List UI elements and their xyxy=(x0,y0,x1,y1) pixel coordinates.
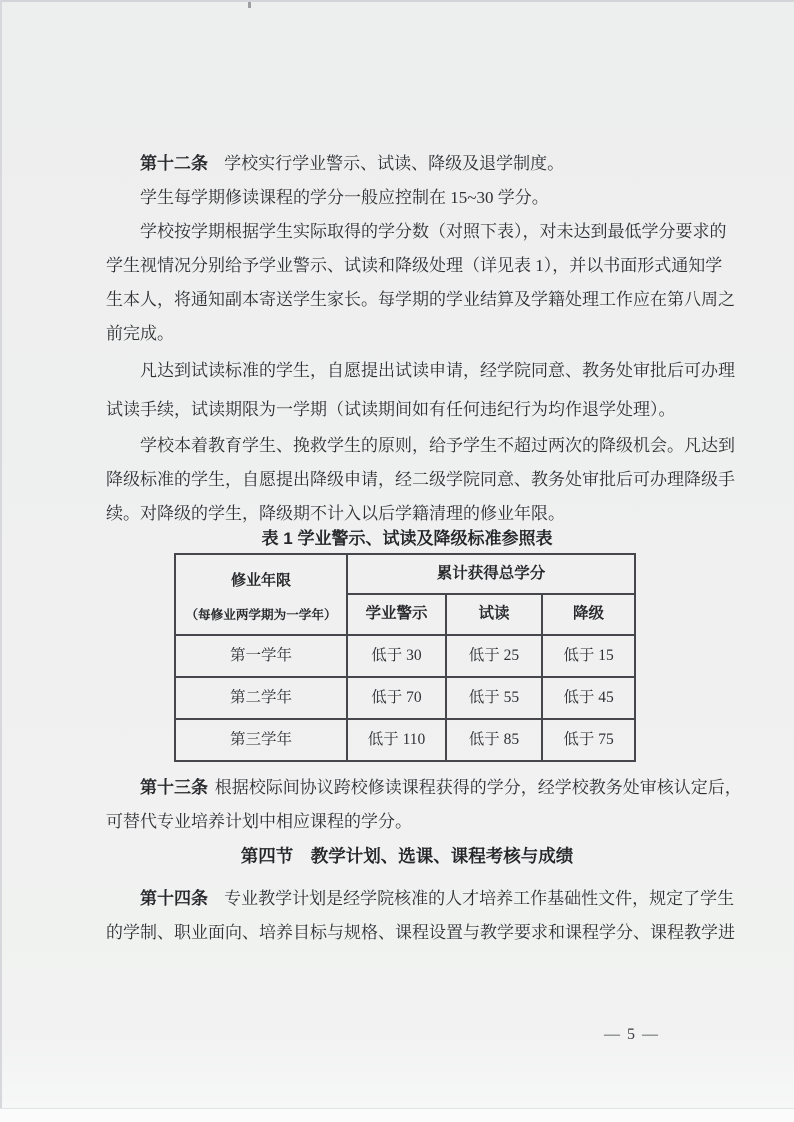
demotion-policy-paragraph: 学校本着教育学生、挽救学生的原则，给予学生不超过两次的降级机会。凡达到 降级标准… xyxy=(106,429,708,531)
text-line: 第十四条专业教学计划是经学院核准的人才培养工作基础性文件，规定了学生 xyxy=(106,882,708,916)
cell-year: 第二学年 xyxy=(175,677,347,719)
text-line: 凡达到试读标准的学生，自愿提出试读申请，经学院同意、教务处审批后可办理 xyxy=(106,351,708,390)
article-13-term: 第十三条 xyxy=(140,778,208,797)
cell-probation: 低于 25 xyxy=(446,635,542,677)
section-4-heading: 第四节 教学计划、选课、课程考核与成绩 xyxy=(106,839,708,873)
scanned-document-page: 第十二条学校实行学业警示、试读、降级及退学制度。 学生每学期修读课程的学分一般应… xyxy=(0,0,794,1122)
header-cell-demotion: 降级 xyxy=(542,594,635,635)
table-header-row-1: 修业年限 （每修业两学期为一学年） 累计获得总学分 xyxy=(175,554,635,594)
text-line: 第十三条根据校际间协议跨校修读课程获得的学分，经学校教务处审核认定后， xyxy=(106,771,708,805)
cell-year: 第三学年 xyxy=(175,719,347,761)
article-13-paragraph: 第十三条根据校际间协议跨校修读课程获得的学分，经学校教务处审核认定后， 可替代专… xyxy=(106,771,708,839)
table-row: 第三学年 低于 110 低于 85 低于 75 xyxy=(175,719,635,761)
probation-application-paragraph: 凡达到试读标准的学生，自愿提出试读申请，经学院同意、教务处审批后可办理 试读手续… xyxy=(106,351,708,429)
cell-warning: 低于 110 xyxy=(347,719,446,761)
cell-year: 第一学年 xyxy=(175,635,347,677)
article-14-term: 第十四条 xyxy=(140,889,208,908)
article-12-paragraph: 第十二条学校实行学业警示、试读、降级及退学制度。 xyxy=(106,147,708,181)
cell-probation: 低于 85 xyxy=(446,719,542,761)
scan-edge-bottom xyxy=(0,1108,794,1122)
text-line: 学校本着教育学生、挽救学生的原则，给予学生不超过两次的降级机会。凡达到 xyxy=(106,429,708,463)
text-line: 第十二条学校实行学业警示、试读、降级及退学制度。 xyxy=(106,147,708,181)
table-row: 第二学年 低于 70 低于 55 低于 45 xyxy=(175,677,635,719)
study-years-label: 修业年限 xyxy=(176,564,346,598)
cell-demotion: 低于 15 xyxy=(542,635,635,677)
text-line: 前完成。 xyxy=(106,317,708,351)
article-12-term: 第十二条 xyxy=(140,154,208,173)
study-years-note: （每修业两学期为一学年） xyxy=(176,598,346,632)
article-14-text: 专业教学计划是经学院核准的人才培养工作基础性文件，规定了学生 xyxy=(224,889,734,908)
header-cell-study-years: 修业年限 （每修业两学期为一学年） xyxy=(175,554,347,635)
cell-warning: 低于 70 xyxy=(347,677,446,719)
header-cell-total-credits: 累计获得总学分 xyxy=(347,554,635,594)
cell-demotion: 低于 45 xyxy=(542,677,635,719)
header-cell-probation: 试读 xyxy=(446,594,542,635)
text-line: 可替代专业培养计划中相应课程的学分。 xyxy=(106,805,708,839)
text-line: 学生每学期修读课程的学分一般应控制在 15~30 学分。 xyxy=(106,181,708,215)
header-cell-warning: 学业警示 xyxy=(347,594,446,635)
text-line: 降级标准的学生，自愿提出降级申请，经二级学院同意、教务处审批后可办理降级手 xyxy=(106,463,708,497)
text-line: 的学制、职业面向、培养目标与规格、课程设置与教学要求和课程学分、课程教学进 xyxy=(106,916,708,950)
cell-probation: 低于 55 xyxy=(446,677,542,719)
page-number: — 5 — xyxy=(604,1026,660,1044)
table-row: 第一学年 低于 30 低于 25 低于 15 xyxy=(175,635,635,677)
text-line: 生本人，将通知副本寄送学生家长。每学期的学业结算及学籍处理工作应在第八周之 xyxy=(106,283,708,317)
scan-edge-left xyxy=(0,0,2,1122)
article-12-text: 学校实行学业警示、试读、降级及退学制度。 xyxy=(224,154,564,173)
text-line: 试读手续，试读期限为一学期（试读期间如有任何违纪行为均作退学处理）。 xyxy=(106,390,708,429)
article-13-text: 根据校际间协议跨校修读课程获得的学分，经学校教务处审核认定后， xyxy=(215,778,742,797)
cell-demotion: 低于 75 xyxy=(542,719,635,761)
scan-edge-top xyxy=(0,0,794,2)
text-line: 学校按学期根据学生实际取得的学分数（对照下表），对未达到最低学分要求的 xyxy=(106,215,708,249)
text-line: 学生视情况分别给予学业警示、试读和降级处理（详见表 1），并以书面形式通知学 xyxy=(106,249,708,283)
document-body: 第十二条学校实行学业警示、试读、降级及退学制度。 学生每学期修读课程的学分一般应… xyxy=(106,147,708,950)
article-14-paragraph: 第十四条专业教学计划是经学院核准的人才培养工作基础性文件，规定了学生 的学制、职… xyxy=(106,882,708,950)
credit-limit-paragraph: 学生每学期修读课程的学分一般应控制在 15~30 学分。 xyxy=(106,181,708,215)
cell-warning: 低于 30 xyxy=(347,635,446,677)
scan-artifact xyxy=(248,2,251,8)
semester-review-paragraph: 学校按学期根据学生实际取得的学分数（对照下表），对未达到最低学分要求的 学生视情… xyxy=(106,215,708,351)
standards-table: 修业年限 （每修业两学期为一学年） 累计获得总学分 学业警示 试读 降级 第一学… xyxy=(174,553,636,762)
